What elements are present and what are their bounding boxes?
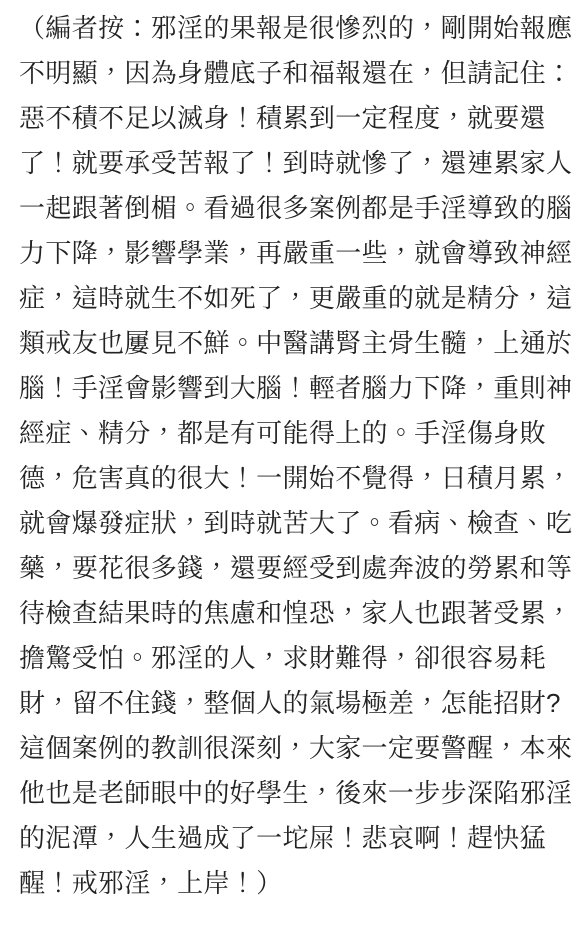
text-line: 藥，要花很多錢，還要經受到處奔波的勞累和等 xyxy=(19,546,574,591)
editor-note-text: （編者按：邪淫的果報是很慘烈的，剛開始報應 不明顯，因為身體底子和福報還在，但請… xyxy=(19,6,574,906)
text-line: 財，留不住錢，整個人的氣場極差，怎能招財? xyxy=(19,681,574,726)
text-line: 力下降，影響學業，再嚴重一些，就會導致神經 xyxy=(19,231,574,276)
text-line: 經症、精分，都是有可能得上的。手淫傷身敗 xyxy=(19,411,574,456)
text-line: 德，危害真的很大！一開始不覺得，日積月累， xyxy=(19,456,574,501)
text-line: 醒！戒邪淫，上岸！） xyxy=(19,861,574,906)
text-line: 這個案例的教訓很深刻，大家一定要警醒，本來 xyxy=(19,726,574,771)
text-line: 擔驚受怕。邪淫的人，求財難得，卻很容易耗 xyxy=(19,636,574,681)
text-line: 類戒友也屢見不鮮。中醫講腎主骨生髓，上通於 xyxy=(19,321,574,366)
text-line: 症，這時就生不如死了，更嚴重的就是精分，這 xyxy=(19,276,574,321)
text-line: 一起跟著倒楣。看過很多案例都是手淫導致的腦 xyxy=(19,186,574,231)
text-line: 就會爆發症狀，到時就苦大了。看病、檢查、吃 xyxy=(19,501,574,546)
text-line: 的泥潭，人生過成了一坨屎！悲哀啊！趕快猛 xyxy=(19,816,574,861)
text-line: 惡不積不足以滅身！積累到一定程度，就要還 xyxy=(19,96,574,141)
document-page: （編者按：邪淫的果報是很慘烈的，剛開始報應 不明顯，因為身體底子和福報還在，但請… xyxy=(0,0,580,930)
text-line: 待檢查結果時的焦慮和惶恐，家人也跟著受累， xyxy=(19,591,574,636)
text-line: 不明顯，因為身體底子和福報還在，但請記住： xyxy=(19,51,574,96)
text-line: （編者按：邪淫的果報是很慘烈的，剛開始報應 xyxy=(19,6,574,51)
text-line: 了！就要承受苦報了！到時就慘了，還連累家人 xyxy=(19,141,574,186)
text-line: 腦！手淫會影響到大腦！輕者腦力下降，重則神 xyxy=(19,366,574,411)
text-line: 他也是老師眼中的好學生，後來一步步深陷邪淫 xyxy=(19,771,574,816)
